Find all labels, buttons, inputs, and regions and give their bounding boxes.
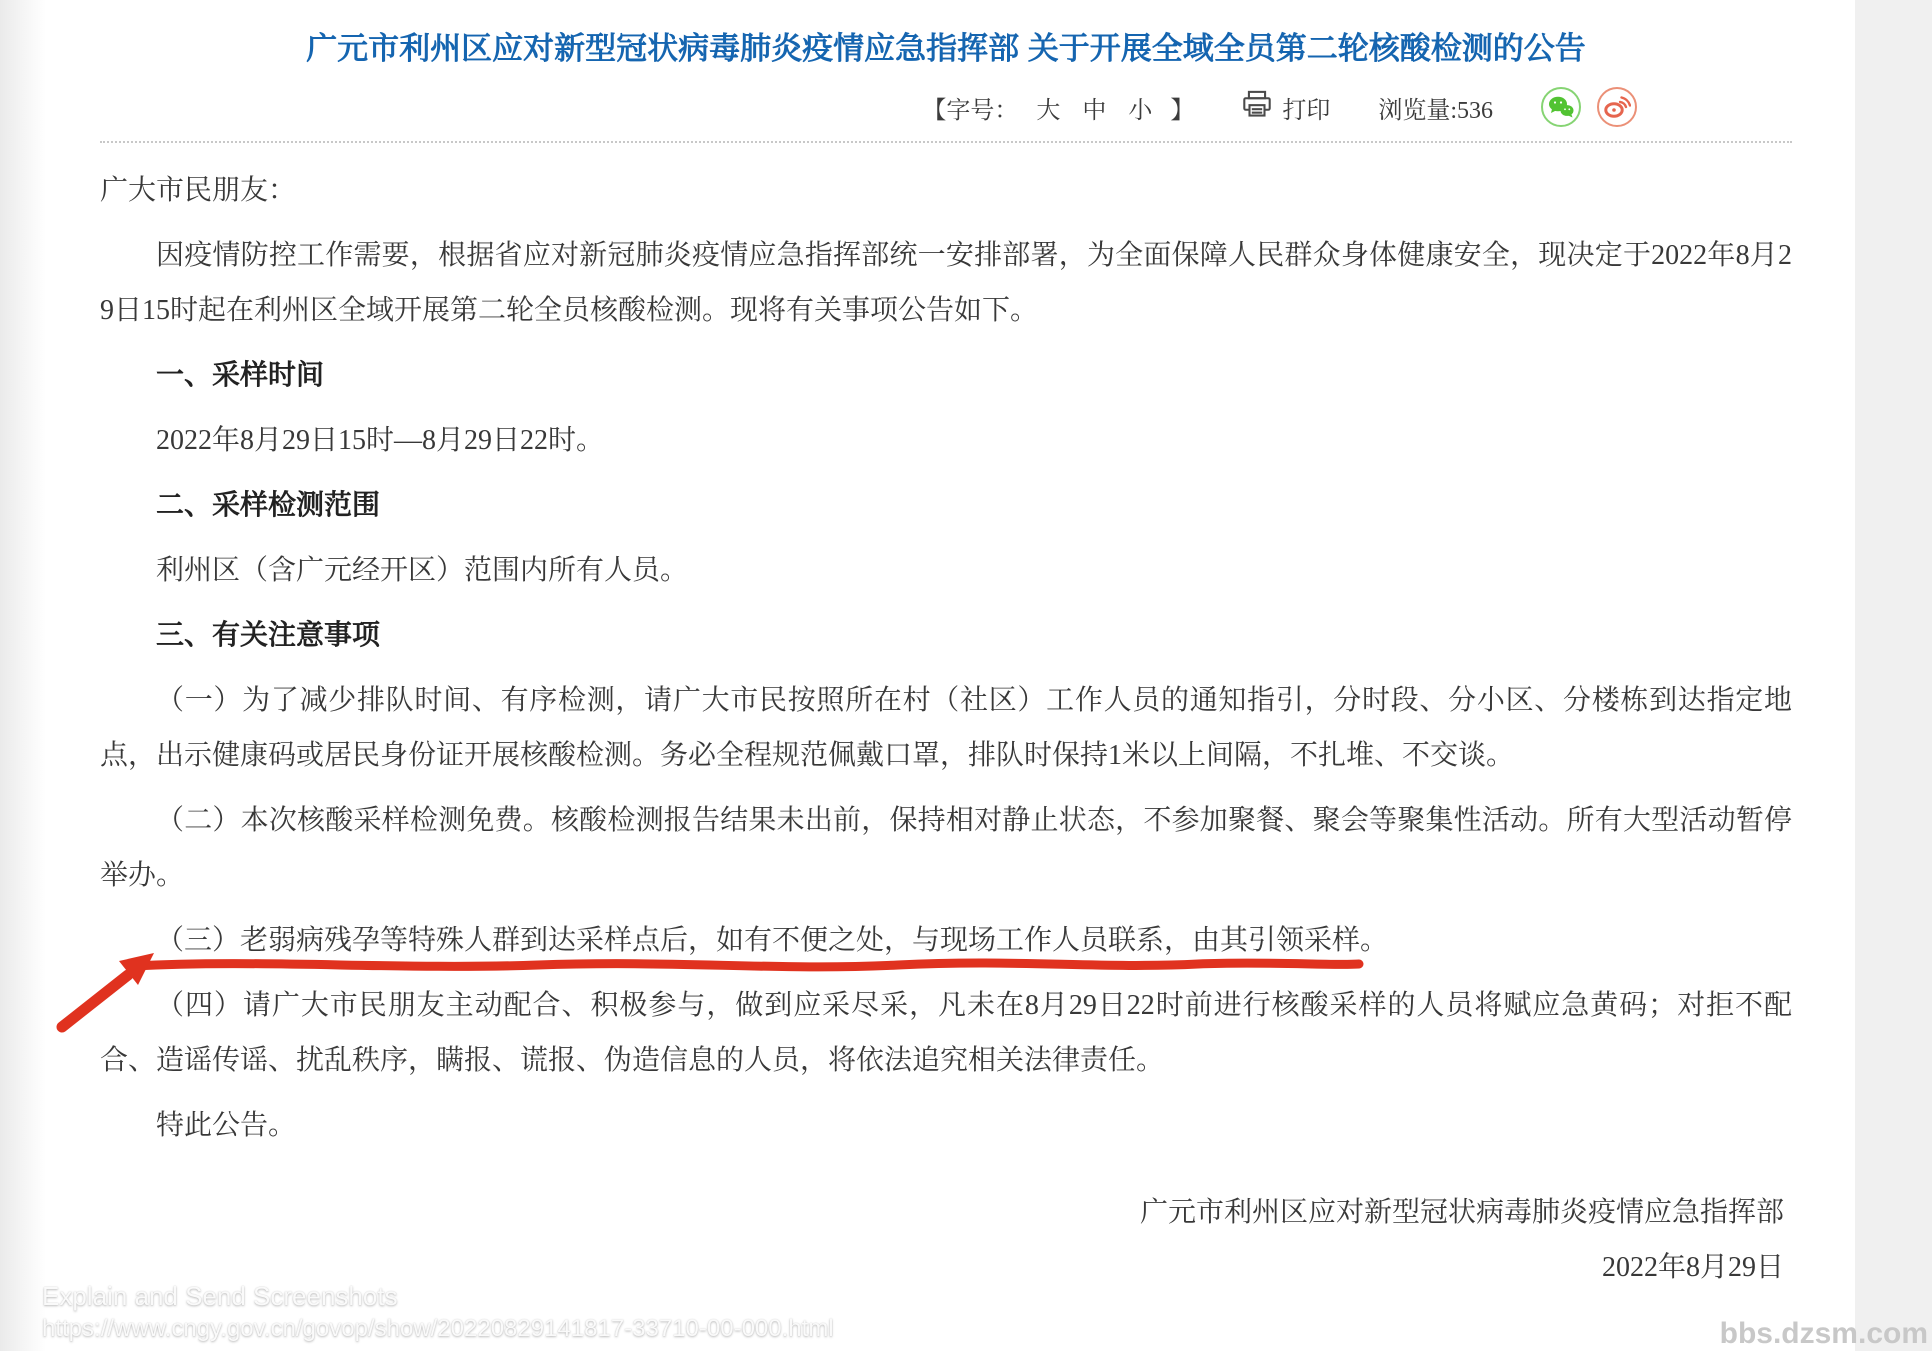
font-size-label-close: 】 xyxy=(1170,90,1194,125)
section3-heading: 三、有关注意事项 xyxy=(100,608,1792,663)
source-url: https://www.cngy.gov.cn/govop/show/20220… xyxy=(42,1313,834,1345)
forum-watermark: bbs.dzsm.com xyxy=(1720,1317,1928,1351)
font-size-widget: 【字号： 大 中 小 】 xyxy=(922,90,1194,125)
section2-heading: 二、采样检测范围 xyxy=(100,478,1792,533)
font-size-small-button[interactable]: 小 xyxy=(1128,90,1152,125)
print-button[interactable]: 打印 xyxy=(1242,90,1330,125)
weibo-icon xyxy=(1603,94,1631,120)
section1-body: 2022年8月29日15时—8月29日22时。 xyxy=(100,413,1792,468)
screenshot-tool-name: Explain and Send Screenshots xyxy=(42,1279,834,1313)
notice-item-3-text: （三）老弱病残孕等特殊人群到达采样点后，如有不便之处，与现场工作人员联系，由其引… xyxy=(156,925,1388,956)
announcement-body: 广大市民朋友： 因疫情防控工作需要，根据省应对新冠肺炎疫情应急指挥部统一安排部署… xyxy=(100,163,1792,1153)
screenshot-tool-overlay: Explain and Send Screenshots https://www… xyxy=(42,1279,834,1345)
view-count: 浏览量:536 xyxy=(1378,90,1493,125)
notice-item-2: （二）本次核酸采样检测免费。核酸检测报告结果未出前，保持相对静止状态，不参加聚餐… xyxy=(100,793,1792,903)
right-edge-gutter xyxy=(1855,0,1932,1351)
intro-paragraph: 因疫情防控工作需要，根据省应对新冠肺炎疫情应急指挥部统一安排部署，为全面保障人民… xyxy=(100,228,1792,338)
closing-line: 特此公告。 xyxy=(100,1098,1792,1153)
weibo-share-button[interactable] xyxy=(1597,87,1637,127)
wechat-icon xyxy=(1547,94,1575,120)
share-buttons xyxy=(1541,87,1637,127)
page-title: 广元市利州区应对新型冠状病毒肺炎疫情应急指挥部 关于开展全域全员第二轮核酸检测的… xyxy=(266,26,1626,71)
dotted-divider xyxy=(100,141,1792,143)
content-area: 广元市利州区应对新型冠状病毒肺炎疫情应急指挥部 关于开展全域全员第二轮核酸检测的… xyxy=(100,0,1792,1295)
red-underline-annotation xyxy=(128,955,1365,975)
notice-item-1: （一）为了减少排队时间、有序检测，请广大市民按照所在村（社区）工作人员的通知指引… xyxy=(100,673,1792,783)
notice-item-4: （四）请广大市民朋友主动配合、积极参与，做到应采尽采，凡未在8月29日22时前进… xyxy=(100,978,1792,1088)
announcement-page: 广元市利州区应对新型冠状病毒肺炎疫情应急指挥部 关于开展全域全员第二轮核酸检测的… xyxy=(0,0,1932,1351)
font-size-large-button[interactable]: 大 xyxy=(1036,90,1060,125)
left-edge-gutter xyxy=(0,0,46,1351)
page-toolbar: 【字号： 大 中 小 】 打印 浏览量:536 xyxy=(100,87,1637,127)
issuing-authority: 广元市利州区应对新型冠状病毒肺炎疫情应急指挥部 xyxy=(100,1185,1784,1240)
wechat-share-button[interactable] xyxy=(1541,87,1581,127)
font-size-label: 【字号： xyxy=(922,90,1018,125)
section1-heading: 一、采样时间 xyxy=(100,348,1792,403)
printer-icon xyxy=(1242,90,1272,125)
section2-body: 利州区（含广元经开区）范围内所有人员。 xyxy=(100,543,1792,598)
print-button-label: 打印 xyxy=(1282,90,1330,125)
salutation: 广大市民朋友： xyxy=(100,163,1792,218)
font-size-medium-button[interactable]: 中 xyxy=(1082,90,1106,125)
notice-item-3-highlighted: （三）老弱病残孕等特殊人群到达采样点后，如有不便之处，与现场工作人员联系，由其引… xyxy=(100,913,1792,968)
